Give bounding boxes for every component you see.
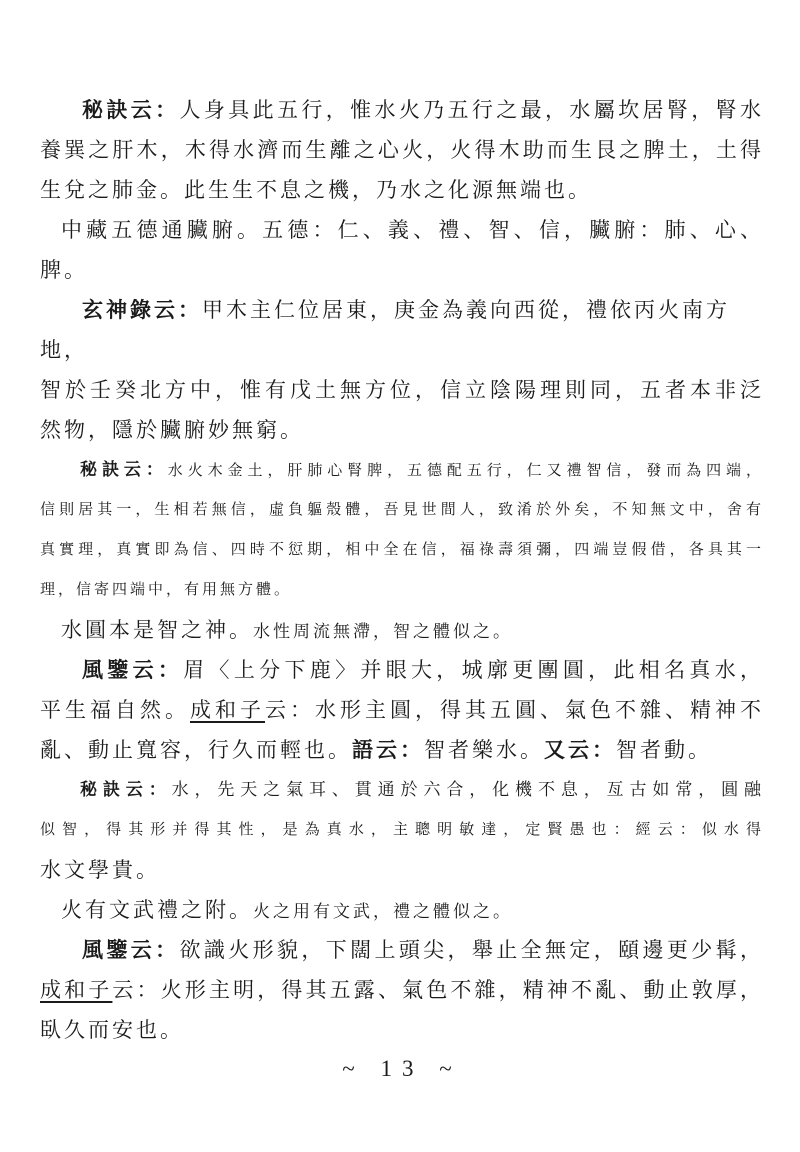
text-segment: 水性周流無滯，智之體似之。	[253, 622, 513, 641]
text-segment: 人身具此五行，惟水火乃五行之最，水屬坎居腎，腎水旺能	[82, 98, 764, 130]
text-line: 成和子云：火形主明，得其五露、氣色不雜，精神不亂、動止敦厚，	[40, 970, 764, 1010]
text-segment: 秘訣云：	[80, 460, 168, 479]
text-segment: 臥久而安也。	[40, 1018, 184, 1042]
text-segment: 云：火形主明，得其五露、氣色不雜，精神不亂、動止敦厚，	[112, 978, 764, 1002]
text-line: 秘訣云：水，先天之氣耳、貫通於六合，化機不息，亙古如常，圓融	[40, 770, 764, 810]
text-line: 中藏五德通臟腑。五德：仁、義、禮、智、信，臟腑：肺、心、腎、肝、	[40, 210, 764, 250]
text-segment: 成和子	[190, 698, 265, 722]
text-segment: 理，信寄四端中，有用無方體。	[40, 582, 292, 598]
text-segment: 真實理，真實即為信、四時不愆期，相中全在信，福祿壽須彌，四端豈假借，各具其一	[40, 542, 764, 558]
text-segment: 火有文武禮之附。	[61, 898, 253, 922]
text-line: 真實理，真實即為信、四時不愆期，相中全在信，福祿壽須彌，四端豈假借，各具其一	[40, 530, 764, 570]
text-segment: 成和子	[40, 978, 112, 1002]
text-line: 理，信寄四端中，有用無方體。	[40, 570, 764, 610]
text-segment: 玄神錄云：	[82, 298, 202, 322]
text-line: 臥久而安也。	[40, 1010, 764, 1050]
text-segment: 風鑒云：	[82, 658, 183, 682]
text-line: 火有文武禮之附。火之用有文武，禮之體似之。	[40, 890, 764, 930]
text-line: 風鑒云：眉〈上分下鹿〉并眼大，城廓更團圓，此相名真水，	[40, 650, 764, 690]
text-segment: 語云：	[352, 738, 424, 762]
text-segment: 似智，得其形并得其性，是為真水，主聰明敏達，定賢愚也：經云：似水得	[40, 822, 764, 838]
text-line: 水文學貴。	[40, 850, 764, 890]
text-segment: 中藏五德通臟腑。五德：仁、義、禮、智、信，臟腑：肺、心、腎、肝、	[61, 218, 764, 250]
text-segment: 眉〈上分下鹿〉并眼大，城廓更團圓，此相名真水，	[183, 658, 764, 682]
scanned-book-page: 秘訣云：人身具此五行，惟水火乃五行之最，水屬坎居腎，腎水旺能養巽之肝木，木得水濟…	[0, 0, 800, 1152]
text-segment: 智者樂水。	[424, 738, 544, 762]
text-segment: 然物，隱於臟腑妙無窮。	[40, 418, 304, 442]
text-segment: 智於壬癸北方中，惟有戊土無方位，信立陰陽理則同，五者本非泛	[40, 378, 764, 402]
text-line: 秘訣云：水火木金土，肝肺心腎脾，五德配五行，仁又禮智信，發而為四端，	[40, 450, 764, 490]
text-line: 秘訣云：人身具此五行，惟水火乃五行之最，水屬坎居腎，腎水旺能	[40, 90, 764, 130]
text-segment: 地，	[40, 338, 88, 362]
text-segment: 又云：	[544, 738, 616, 762]
text-line: 養巽之肝木，木得水濟而生離之心火，火得木助而生艮之脾土，土得火益而	[40, 130, 764, 170]
text-line: 然物，隱於臟腑妙無窮。	[40, 410, 764, 450]
text-segment: 甲木主仁位居東，庚金為義向西從，禮依丙火南方	[202, 298, 730, 322]
text-segment: 生兌之肺金。此生生不息之機，乃水之化源無端也。	[40, 178, 592, 202]
text-line: 似智，得其形并得其性，是為真水，主聰明敏達，定賢愚也：經云：似水得	[40, 810, 764, 850]
text-segment: 秘訣云：	[82, 98, 179, 122]
text-line: 生兌之肺金。此生生不息之機，乃水之化源無端也。	[40, 170, 764, 210]
text-segment: 亂、動止寬容，行久而輕也。	[40, 738, 352, 762]
text-line: 脾。	[40, 250, 764, 290]
text-segment: 秘訣云：	[80, 780, 172, 799]
text-segment: 火之用有文武，禮之體似之。	[253, 902, 513, 921]
text-segment: 水火木金土，肝肺心腎脾，五德配五行，仁又禮智信，發而為四端，	[168, 463, 764, 479]
text-segment: 智者動。	[616, 738, 712, 762]
text-line: 智於壬癸北方中，惟有戊土無方位，信立陰陽理則同，五者本非泛	[40, 370, 764, 410]
text-segment: 信則居其一，生相若無信，虛負軀殼體，吾見世間人，致淆於外矣，不知無文中，舍有	[40, 502, 764, 518]
text-segment: 平生福自然。	[40, 698, 190, 722]
text-segment: 脾。	[40, 258, 88, 282]
text-line: 水圓本是智之神。水性周流無滯，智之體似之。	[40, 610, 764, 650]
text-line: 風鑒云：欲識火形貌，下闊上頭尖，舉止全無定，頤邊更少髯，	[40, 930, 764, 970]
text-segment: 水文學貴。	[40, 858, 160, 882]
text-line: 信則居其一，生相若無信，虛負軀殼體，吾見世間人，致淆於外矣，不知無文中，舍有	[40, 490, 764, 530]
text-segment: 風鑒云：	[82, 938, 179, 962]
text-segment: 水，先天之氣耳、貫通於六合，化機不息，亙古如常，圓融	[172, 780, 764, 799]
text-line: 平生福自然。成和子云：水形主圓，得其五圓、氣色不雜、精神不	[40, 690, 764, 730]
text-segment: 欲識火形貌，下闊上頭尖，舉止全無定，頤邊更少髯，	[179, 938, 764, 962]
text-segment: 云：水形主圓，得其五圓、氣色不雜、精神不	[265, 698, 764, 722]
page-number: ~ 13 ~	[40, 1056, 764, 1082]
page-content: 秘訣云：人身具此五行，惟水火乃五行之最，水屬坎居腎，腎水旺能養巽之肝木，木得水濟…	[40, 90, 764, 1050]
text-line: 亂、動止寬容，行久而輕也。語云：智者樂水。又云：智者動。	[40, 730, 764, 770]
text-segment: 水圓本是智之神。	[61, 618, 253, 642]
text-line: 玄神錄云：甲木主仁位居東，庚金為義向西從，禮依丙火南方	[40, 290, 764, 330]
text-segment: 養巽之肝木，木得水濟而生離之心火，火得木助而生艮之脾土，土得火益而	[40, 138, 764, 170]
text-line: 地，	[40, 330, 764, 370]
